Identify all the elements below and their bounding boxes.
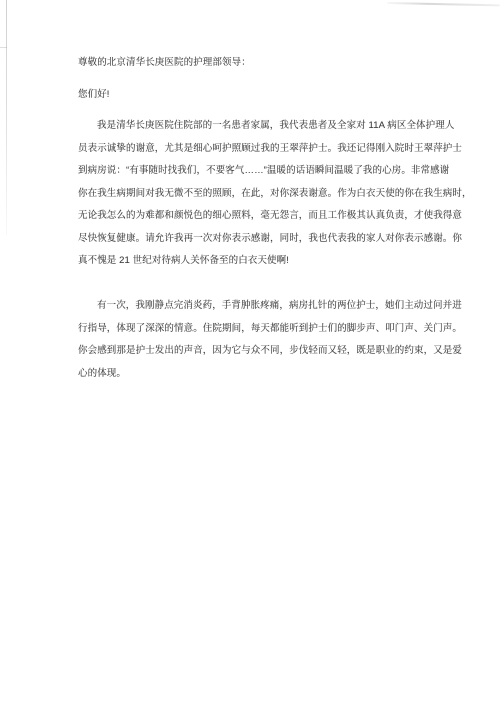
letter-body: 尊敬的北京清华长庚医院的护理部领导： 您们好! 我是清华长庚医院住院部的一名患者… — [78, 52, 446, 385]
text-line: 尽快恢复健康。请允许我再一次对你表示感谢，同时，我也代表我的家人对你表示感谢。你 — [78, 228, 446, 251]
scan-edge-tick-artifact — [0, 47, 7, 48]
scanned-letter-page: 尊敬的北京清华长庚医院的护理部领导： 您们好! 我是清华长庚医院住院部的一名患者… — [0, 0, 500, 707]
scan-streak-artifact — [387, 2, 500, 6]
text-line: 行指导，体现了深深的情意。住院期间，每天都能听到护士们的脚步声、叩门声、关门声。 — [78, 318, 446, 341]
text-line: 员表示诚挚的谢意，尤其是细心呵护照顾过我的王翠萍护士。我还记得刚入院时王翠萍护士 — [78, 138, 446, 161]
text-line: 无论我怎么的为难都和颜悦色的细心照料，毫无怨言，而且工作极其认真负责，才使我得意 — [78, 205, 446, 228]
paragraph-2: 有一次，我刚静点完消炎药，手背肿胀疼痛，病房扎针的两位护士，她们主动过问并进行指… — [78, 295, 446, 385]
paragraph-1: 我是清华长庚医院住院部的一名患者家属，我代表患者及全家对 11A 病区全体护理人… — [78, 115, 446, 273]
salutation: 尊敬的北京清华长庚医院的护理部领导： — [78, 52, 446, 75]
text-line: 到病房说：“有事随时找我们，不要客气……”温暖的话语瞬间温暖了我的心房。非常感谢 — [78, 160, 446, 183]
text-line: 我是清华长庚医院住院部的一名患者家属，我代表患者及全家对 11A 病区全体护理人 — [78, 115, 446, 138]
text-line: 真不愧是 21 世纪对待病人关怀备至的白衣天使啊! — [78, 250, 446, 273]
scan-edge-line-artifact — [6, 0, 7, 235]
text-line: 你会感到那是护士发出的声音，因为它与众不同，步伐轻而又轻，既是职业的约束，又是爱 — [78, 340, 446, 363]
text-line: 心的体现。 — [78, 363, 446, 386]
text-line: 有一次，我刚静点完消炎药，手背肿胀疼痛，病房扎针的两位护士，她们主动过问并进 — [78, 295, 446, 318]
text-line: 你在我生病期间对我无微不至的照顾，在此，对你深表谢意。作为白衣天使的你在我生病时… — [78, 183, 446, 206]
greeting: 您们好! — [78, 84, 446, 107]
